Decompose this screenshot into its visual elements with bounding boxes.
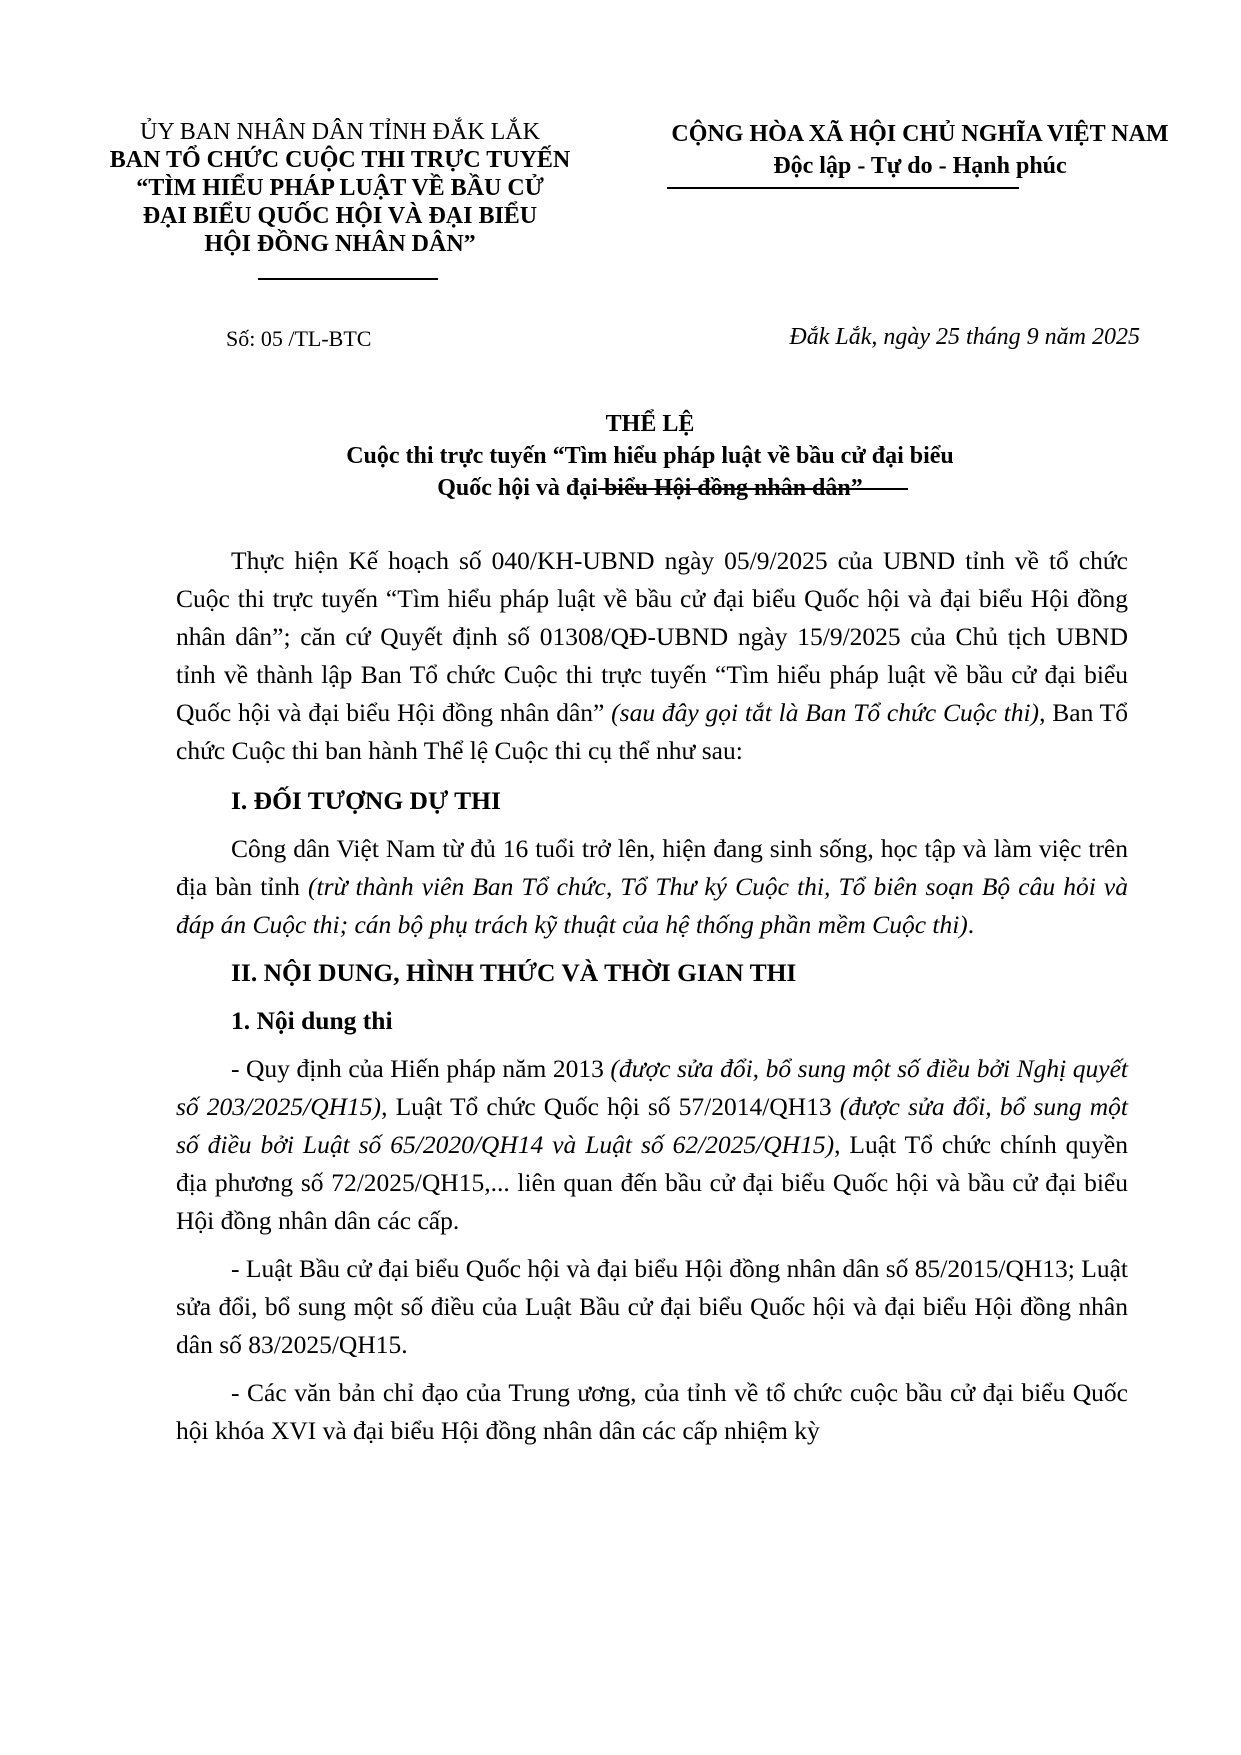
authority-line-1: ỦY BAN NHÂN DÂN TỈNH ĐẮK LẮK	[60, 118, 620, 146]
title-divider	[598, 488, 908, 490]
intro-italic: (sau đây gọi tắt là Ban Tổ chức Cuộc thi…	[611, 698, 1039, 727]
motto-divider	[667, 187, 1019, 189]
authority-line-5: HỘI ĐỒNG NHÂN DÂN”	[60, 230, 620, 258]
authority-divider	[258, 278, 438, 280]
authority-line-2: BAN TỔ CHỨC CUỘC THI TRỰC TUYẾN	[60, 146, 620, 174]
item-1-text: - Quy định của Hiến pháp năm 2013	[231, 1054, 610, 1083]
content-item-2: - Luật Bầu cử đại biểu Quốc hội và đại b…	[176, 1250, 1128, 1364]
item-1-text-2: , Luật Tổ chức Quốc hội số 57/2014/QH13	[381, 1092, 840, 1121]
subsection-1-heading: 1. Nội dung thi	[176, 1002, 1128, 1040]
national-motto: Độc lập - Tự do - Hạnh phúc	[620, 150, 1220, 182]
document-title: THỂ LỆ Cuộc thi trực tuyến “Tìm hiểu phá…	[150, 408, 1150, 504]
document-type: THỂ LỆ	[150, 408, 1150, 440]
section-2-heading: II. NỘI DUNG, HÌNH THỨC VÀ THỜI GIAN THI	[176, 954, 1128, 992]
section-1-italic: (trừ thành viên Ban Tổ chức, Tổ Thư ký C…	[176, 872, 1128, 939]
document-number: Số: 05 /TL-BTC	[226, 326, 371, 352]
place-date: Đắk Lắk, ngày 25 tháng 9 năm 2025	[710, 324, 1140, 351]
content-item-3: - Các văn bản chỉ đạo của Trung ương, củ…	[176, 1374, 1128, 1450]
content-item-1: - Quy định của Hiến pháp năm 2013 (được …	[176, 1050, 1128, 1240]
national-header: CỘNG HÒA XÃ HỘI CHỦ NGHĨA VIỆT NAM Độc l…	[620, 118, 1220, 182]
authority-line-4: ĐẠI BIỂU QUỐC HỘI VÀ ĐẠI BIỂU	[60, 202, 620, 230]
title-line-1: Cuộc thi trực tuyến “Tìm hiểu pháp luật …	[150, 440, 1150, 472]
intro-paragraph: Thực hiện Kế hoạch số 040/KH-UBND ngày 0…	[176, 542, 1128, 770]
nation-name: CỘNG HÒA XÃ HỘI CHỦ NGHĨA VIỆT NAM	[620, 118, 1220, 150]
document-body: Thực hiện Kế hoạch số 040/KH-UBND ngày 0…	[176, 542, 1128, 1450]
section-1-heading: I. ĐỐI TƯỢNG DỰ THI	[176, 782, 1128, 820]
section-1-end: .	[968, 910, 974, 939]
section-1-paragraph: Công dân Việt Nam từ đủ 16 tuổi trở lên,…	[176, 830, 1128, 944]
authority-line-3: “TÌM HIỂU PHÁP LUẬT VỀ BẦU CỬ	[60, 174, 620, 202]
issuing-authority: ỦY BAN NHÂN DÂN TỈNH ĐẮK LẮK BAN TỔ CHỨC…	[60, 118, 620, 258]
